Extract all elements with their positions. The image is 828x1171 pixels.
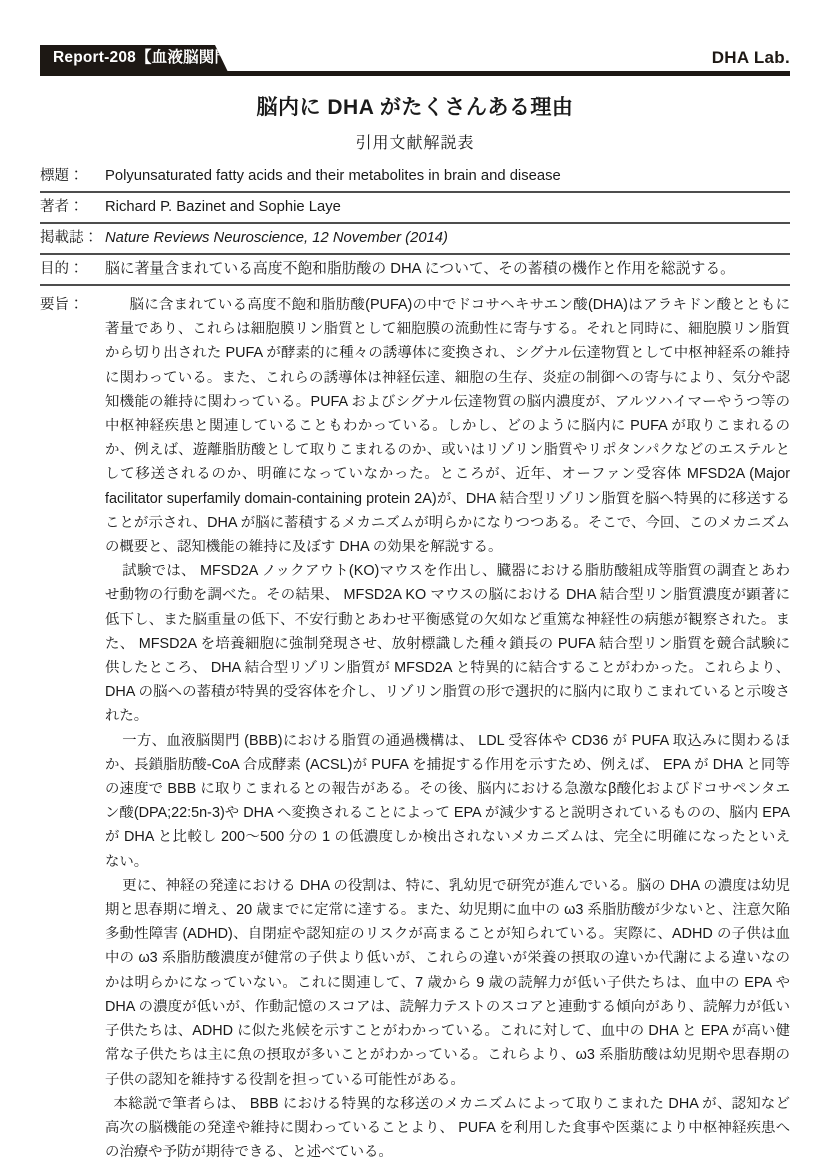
abstract-text: 脳に含まれている高度不飽和脂肪酸(PUFA)の中でドコサヘキサエン酸(DHA)は… [105,293,790,1164]
row-label: 要旨： [40,293,105,317]
report-header: Report-208【血液脳関門】 DHA Lab. [40,45,790,76]
row-value: Polyunsaturated fatty acids and their me… [105,167,790,186]
page-title: 脳内に DHA がたくさんある理由 [40,91,790,121]
abstract-paragraph: 本総説で筆者らは、 BBB における特異的な移送のメカニズムによって取りこまれた… [105,1092,790,1165]
table-row-purpose: 目的： 脳に著量含まれている高度不飽和脂肪酸の DHA について、その蓄積の機作… [40,255,790,286]
page-subtitle: 引用文献解説表 [40,130,790,153]
abstract-paragraph: 一方、血液脳関門 (BBB)における脂質の通過機構は、 LDL 受容体や CD3… [105,729,790,874]
table-row-title: 標題： Polyunsaturated fatty acids and thei… [40,162,790,193]
row-label: 掲載誌： [40,229,105,248]
abstract-paragraph: 脳に含まれている高度不飽和脂肪酸(PUFA)の中でドコサヘキサエン酸(DHA)は… [105,293,790,559]
row-value: 脳に著量含まれている高度不飽和脂肪酸の DHA について、その蓄積の機作と作用を… [105,260,790,279]
document-page: Report-208【血液脳関門】 DHA Lab. 脳内に DHA がたくさん… [0,0,828,1171]
citation-table: 標題： Polyunsaturated fatty acids and thei… [40,162,790,1171]
row-value: Richard P. Bazinet and Sophie Laye [105,198,790,217]
row-label: 標題： [40,167,105,186]
row-value: Nature Reviews Neuroscience, 12 November… [105,229,790,248]
lab-logo-text: DHA Lab. [712,48,790,68]
row-label: 目的： [40,260,105,279]
table-row-abstract: 要旨： 脳に含まれている高度不飽和脂肪酸(PUFA)の中でドコサヘキサエン酸(D… [40,286,790,1171]
table-row-journal: 掲載誌： Nature Reviews Neuroscience, 12 Nov… [40,224,790,255]
row-label: 著者： [40,198,105,217]
table-row-authors: 著者： Richard P. Bazinet and Sophie Laye [40,193,790,224]
abstract-paragraph: 更に、神経の発達における DHA の役割は、特に、乳幼児で研究が進んでいる。脳の… [105,874,790,1092]
report-number-banner: Report-208【血液脳関門】 [40,45,228,72]
abstract-paragraph: 試験では、 MFSD2A ノックアウト(KO)マウスを作出し、臓器における脂肪酸… [105,559,790,728]
